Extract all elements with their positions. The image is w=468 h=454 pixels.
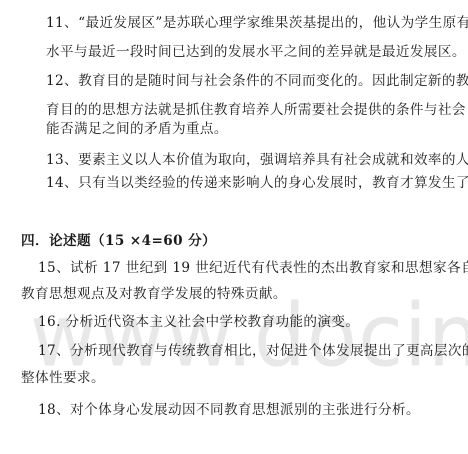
statement-line: 水平与最近一段时间已达到的发展水平之间的差异就是最近发展区。 [46, 44, 466, 60]
statement-line: 13、要素主义以人本价值为取向，强调培养具有社会成就和效率的人。 [46, 152, 468, 168]
question-line: 16. 分析近代资本主义社会中学校教育功能的演变。 [38, 314, 359, 330]
statement-line: 14、只有当以类经验的传递来影响人的身心发展时，教育才算发生了。 [46, 175, 468, 191]
statement-line: 12、教育目的是随时间与社会条件的不同而变化的。因此制定新的教 [46, 73, 468, 89]
watermark: www.docin.com [30, 294, 468, 380]
section-heading: 四．论述题（15 ×4=60 分） [21, 233, 216, 249]
statement-line: 11、“最近发展区”是苏联心理学家维果茨基提出的，他认为学生原有 [46, 15, 468, 31]
statement-line: 育目的的思想方法就是抓住教育培养人所需要社会提供的条件与社会 [46, 102, 466, 118]
question-line: 18、对个体身心发展动因不同教育思想派别的主张进行分析。 [38, 402, 420, 418]
question-line: 17、分析现代教育与传统教育相比，对促进个体发展提出了更高层次的 [38, 343, 468, 359]
question-line: 整体性要求。 [21, 370, 105, 386]
question-line: 教育思想观点及对教育学发展的特殊贡献。 [21, 286, 287, 302]
question-line: 15、试析 17 世纪到 19 世纪近代有代表性的杰出教育家和思想家各自的 [38, 260, 468, 276]
statement-line: 能否满足之间的矛盾为重点。 [46, 121, 228, 137]
